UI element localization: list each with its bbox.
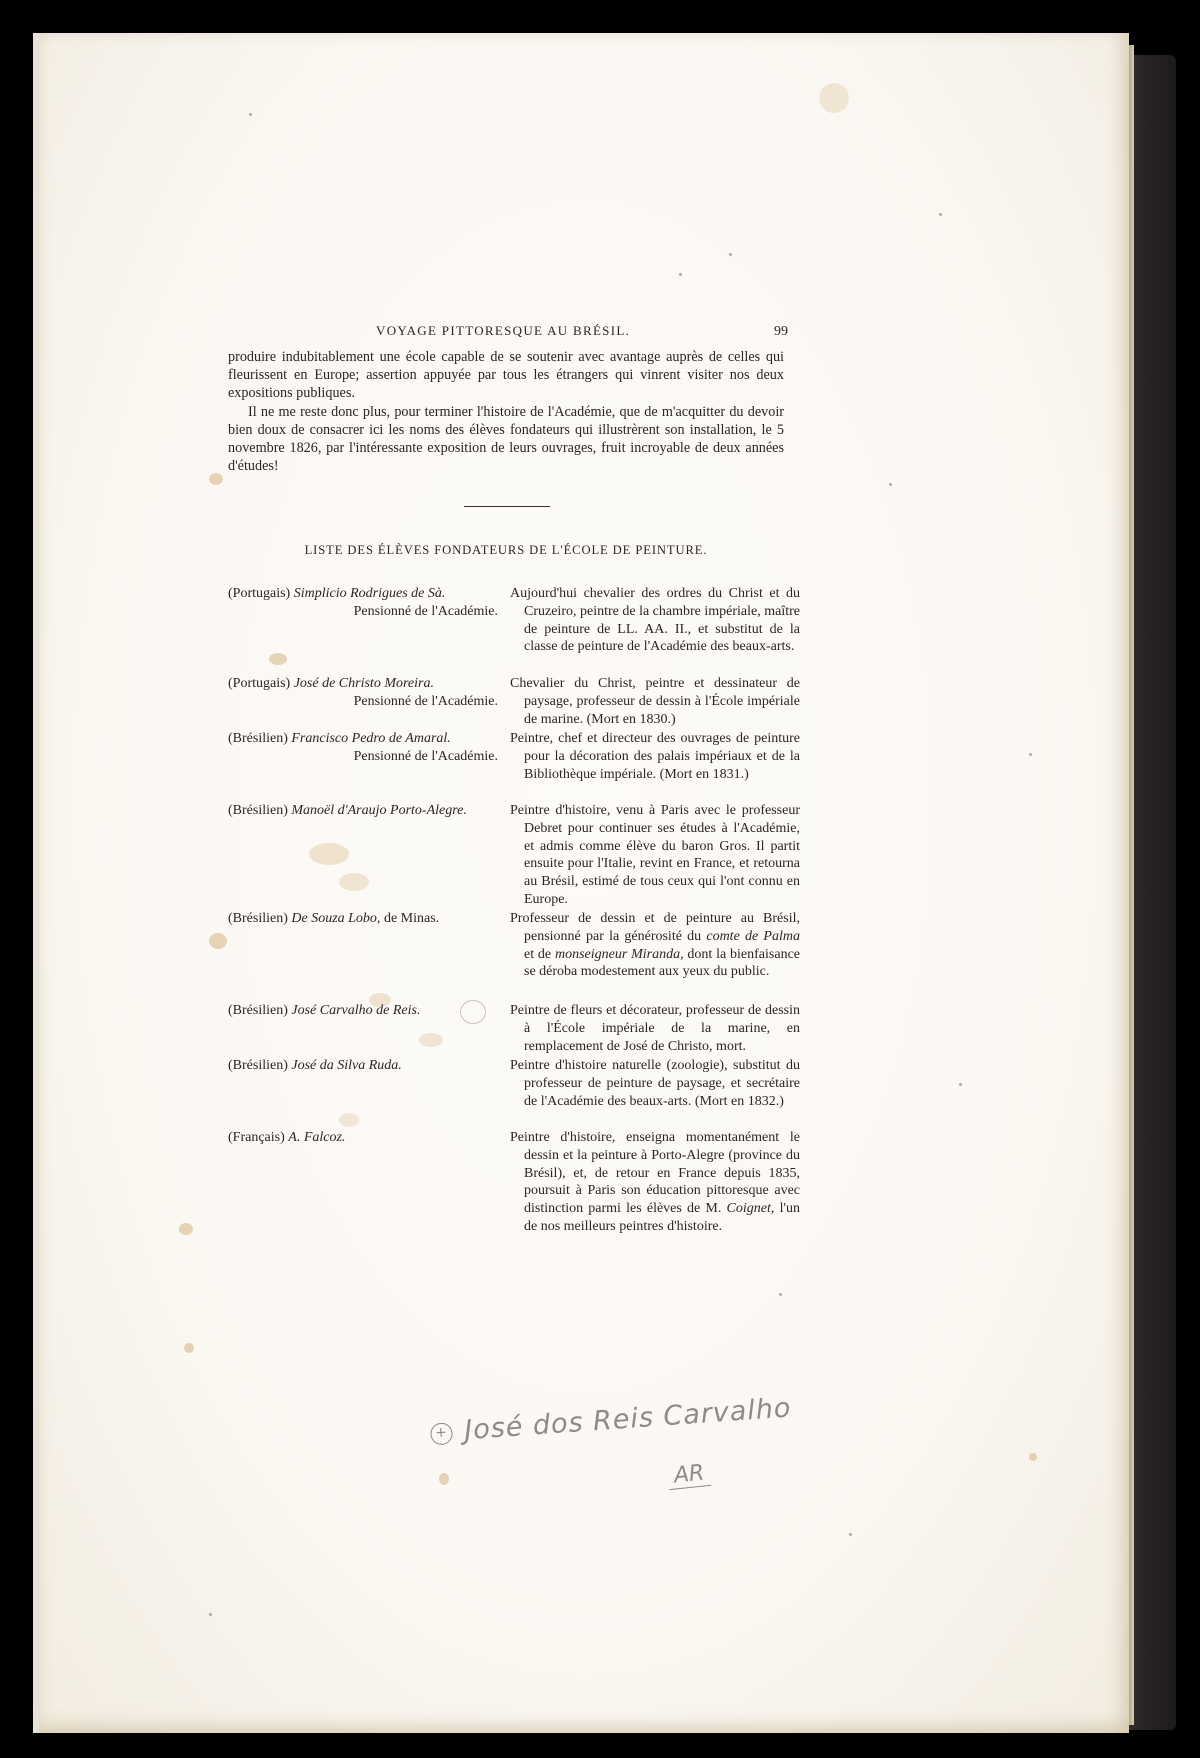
student-name: Simplicio Rodrigues de Sà. <box>294 586 446 601</box>
annotation-marker-icon: + <box>430 1422 453 1445</box>
student-name: Francisco Pedro de Amaral. <box>291 731 450 746</box>
student-name: De Souza Lobo, <box>291 911 380 926</box>
student-description: Aujourd'hui chevalier des ordres du Chri… <box>510 585 800 656</box>
pension-note: Pensionné de l'Académie. <box>228 603 510 621</box>
student-description: Peintre, chef et directeur des ouvrages … <box>510 730 800 783</box>
nationality: (Portugais) <box>228 676 290 691</box>
running-header: VOYAGE PITTORESQUE AU BRÉSIL. 99 <box>228 323 788 343</box>
nationality: (Brésilien) <box>228 803 288 818</box>
section-title: LISTE DES ÉLÈVES FONDATEURS DE L'ÉCOLE D… <box>228 543 784 558</box>
student-name: A. Falcoz. <box>288 1130 345 1145</box>
pension-note: Pensionné de l'Académie. <box>228 748 510 766</box>
body-text: produire indubitablement une école capab… <box>228 348 784 475</box>
paragraph: produire indubitablement une école capab… <box>228 348 784 403</box>
handwritten-initials: AR <box>667 1460 712 1490</box>
nationality: (Français) <box>228 1130 285 1145</box>
page-number: 99 <box>774 324 788 340</box>
student-origin: de Minas. <box>380 911 439 926</box>
student-name: José da Silva Ruda. <box>291 1058 401 1073</box>
student-name: José Carvalho de Reis. <box>291 1003 420 1018</box>
student-name: José de Christo Moreira. <box>294 676 434 691</box>
student-description: Peintre d'histoire naturelle (zoologie),… <box>510 1057 800 1110</box>
nationality: (Portugais) <box>228 586 290 601</box>
student-description: Peintre de fleurs et décorateur, profess… <box>510 1002 800 1055</box>
pencil-reference-mark <box>460 1000 486 1024</box>
student-description: Peintre d'histoire, venu à Paris avec le… <box>510 802 800 909</box>
section-divider <box>464 506 550 507</box>
student-description: Professeur de dessin et de peinture au B… <box>510 910 800 981</box>
pension-note: Pensionné de l'Académie. <box>228 693 510 711</box>
student-description: Chevalier du Christ, peintre et dessinat… <box>510 675 800 728</box>
nationality: (Brésilien) <box>228 911 288 926</box>
running-title: VOYAGE PITTORESQUE AU BRÉSIL. <box>376 323 630 339</box>
nationality: (Brésilien) <box>228 1058 288 1073</box>
paragraph: Il ne me reste donc plus, pour terminer … <box>228 403 784 476</box>
nationality: (Brésilien) <box>228 1003 288 1018</box>
student-description: Peintre d'histoire, enseigna momentanéme… <box>510 1129 800 1236</box>
nationality: (Brésilien) <box>228 731 288 746</box>
student-name: Manoël d'Araujo Porto-Alegre. <box>291 803 467 818</box>
